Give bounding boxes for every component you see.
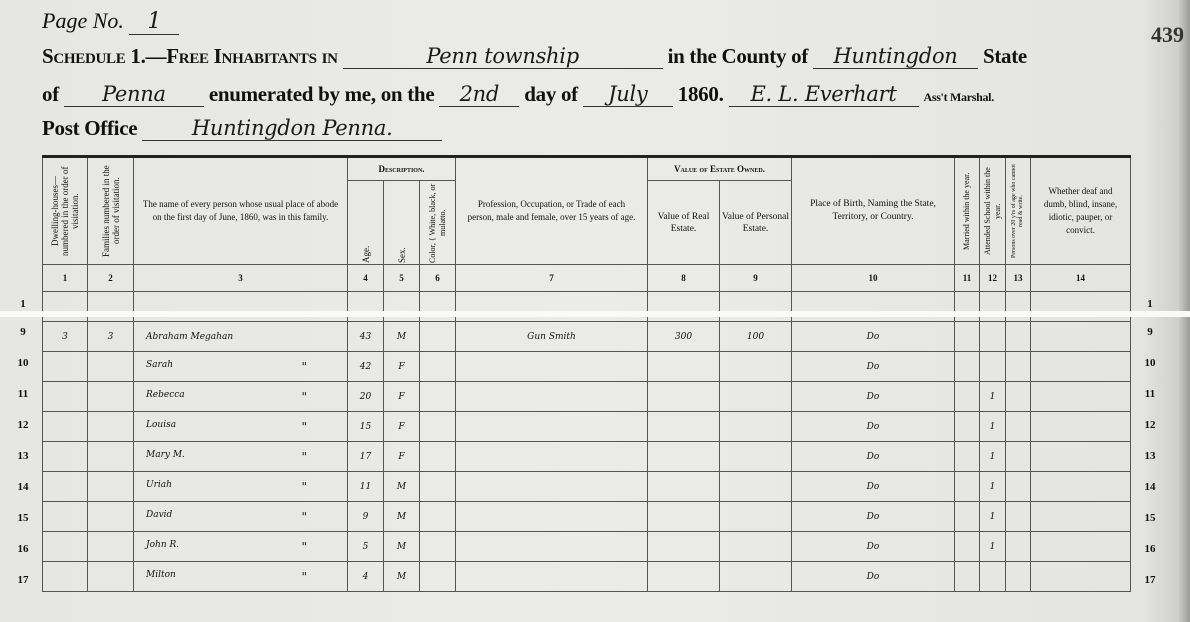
age-cell: 9 [348, 502, 384, 532]
sex-cell: M [384, 562, 420, 592]
name-cell: Mary M." [134, 442, 348, 472]
census-page: Page No. 1 439 Schedule 1.—Free Inhabita… [0, 0, 1190, 622]
col2-header: Families numbered in the order of visita… [88, 157, 134, 265]
line-number-left: 17 [8, 574, 38, 586]
county-field: Huntingdon [813, 44, 978, 69]
name-cell: Rebecca" [134, 382, 348, 412]
real-estate-cell [648, 472, 720, 502]
real-estate-cell [648, 352, 720, 382]
sex-cell: F [384, 442, 420, 472]
enumerated-label: enumerated by me, on the [209, 82, 435, 106]
line-number-right: 14 [1135, 481, 1165, 493]
schedule-title-line: Schedule 1.—Free Inhabitants in Penn tow… [42, 44, 1027, 69]
dwelling-cell [43, 412, 88, 442]
schedule-label: Schedule 1.—Free Inhabitants in [42, 44, 338, 68]
married-cell [955, 472, 980, 502]
col5-header: Sex. [384, 181, 420, 265]
age-cell: 11 [348, 472, 384, 502]
sex-cell: F [384, 412, 420, 442]
color-cell [420, 562, 456, 592]
personal-estate-cell [720, 502, 792, 532]
condition-cell [1031, 562, 1131, 592]
line-number-right: 11 [1135, 388, 1165, 400]
color-cell [420, 352, 456, 382]
table-row: David"9MDo1 [43, 502, 1131, 532]
real-estate-cell [648, 562, 720, 592]
illiterate-cell [1006, 472, 1031, 502]
line-number-right: 13 [1135, 450, 1165, 462]
personal-estate-cell [720, 442, 792, 472]
illiterate-cell [1006, 412, 1031, 442]
ditto-mark: " [301, 390, 307, 404]
dwelling-cell [43, 532, 88, 562]
col7-header: Profession, Occupation, or Trade of each… [456, 157, 648, 265]
age-cell: 15 [348, 412, 384, 442]
color-cell [420, 382, 456, 412]
school-cell [980, 352, 1006, 382]
line-number-right: 1 [1135, 298, 1165, 310]
table-row: 33Abraham Megahan43MGun Smith300100Do [43, 322, 1131, 352]
ditto-mark: " [301, 570, 307, 584]
age-cell: 42 [348, 352, 384, 382]
name-cell: Abraham Megahan [134, 322, 348, 352]
name-cell: Louisa" [134, 412, 348, 442]
table-row: Rebecca"20FDo1 [43, 382, 1131, 412]
married-cell [955, 352, 980, 382]
ditto-mark: " [301, 540, 307, 554]
sex-cell: M [384, 532, 420, 562]
dwelling-cell [43, 472, 88, 502]
description-group-header: Description. [348, 157, 456, 181]
line-number-left: 12 [8, 419, 38, 431]
sex-cell: F [384, 382, 420, 412]
birthplace-cell: Do [792, 352, 955, 382]
condition-cell [1031, 382, 1131, 412]
name-cell: Milton" [134, 562, 348, 592]
birthplace-cell: Do [792, 412, 955, 442]
condition-cell [1031, 472, 1131, 502]
line-number-left: 16 [8, 543, 38, 555]
line-number-right: 12 [1135, 419, 1165, 431]
occupation-cell [456, 442, 648, 472]
page-number-label: Page No. 1 [42, 8, 179, 35]
partial-row [43, 292, 1131, 322]
illiterate-cell [1006, 532, 1031, 562]
table-row: Sarah"42FDo [43, 352, 1131, 382]
family-cell [88, 352, 134, 382]
col3-header: The name of every person whose usual pla… [134, 157, 348, 265]
condition-cell [1031, 442, 1131, 472]
personal-estate-cell [720, 382, 792, 412]
col4-header: Age. [348, 181, 384, 265]
color-cell [420, 322, 456, 352]
color-cell [420, 412, 456, 442]
occupation-cell [456, 352, 648, 382]
ditto-mark: " [301, 420, 307, 434]
dwelling-cell [43, 382, 88, 412]
occupation-cell [456, 382, 648, 412]
condition-cell [1031, 352, 1131, 382]
school-cell: 1 [980, 472, 1006, 502]
occupation-cell [456, 412, 648, 442]
day-field: 2nd [439, 82, 519, 107]
col1-header: Dwelling-houses—numbered in the order of… [43, 157, 88, 265]
name-cell: David" [134, 502, 348, 532]
personal-estate-cell [720, 562, 792, 592]
sex-cell: M [384, 502, 420, 532]
enumeration-line: of Penna enumerated by me, on the 2nd da… [42, 82, 994, 107]
line-number-left: 15 [8, 512, 38, 524]
age-cell: 17 [348, 442, 384, 472]
township-field: Penn township [343, 44, 663, 69]
personal-estate-cell: 100 [720, 322, 792, 352]
family-cell [88, 382, 134, 412]
post-office-line: Post Office Huntingdon Penna. [42, 116, 442, 141]
birthplace-cell: Do [792, 532, 955, 562]
table-row: Louisa"15FDo1 [43, 412, 1131, 442]
ditto-mark: " [301, 360, 307, 374]
family-cell [88, 562, 134, 592]
dwelling-cell: 3 [43, 322, 88, 352]
post-office-label: Post Office [42, 116, 137, 140]
condition-cell [1031, 502, 1131, 532]
illiterate-cell [1006, 442, 1031, 472]
line-number-left: 9 [8, 326, 38, 338]
personal-estate-cell [720, 532, 792, 562]
line-number-left: 1 [8, 298, 38, 310]
state-field: Penna [64, 82, 204, 107]
marshal-label: Ass't Marshal. [923, 90, 993, 104]
sex-cell: F [384, 352, 420, 382]
col9-header: Value of Personal Estate. [720, 181, 792, 265]
married-cell [955, 412, 980, 442]
occupation-cell [456, 562, 648, 592]
color-cell [420, 502, 456, 532]
birthplace-cell: Do [792, 502, 955, 532]
family-cell: 3 [88, 322, 134, 352]
image-splice-divider [0, 311, 1190, 317]
line-number-right: 9 [1135, 326, 1165, 338]
family-cell [88, 412, 134, 442]
of-label: of [42, 82, 59, 106]
day-of-label: day of [524, 82, 578, 106]
married-cell [955, 532, 980, 562]
color-cell [420, 532, 456, 562]
line-number-left: 10 [8, 357, 38, 369]
table-row: Uriah"11MDo1 [43, 472, 1131, 502]
real-estate-cell [648, 442, 720, 472]
ditto-mark: " [301, 480, 307, 494]
school-cell: 1 [980, 442, 1006, 472]
school-cell [980, 562, 1006, 592]
personal-estate-cell [720, 352, 792, 382]
illiterate-cell [1006, 562, 1031, 592]
personal-estate-cell [720, 472, 792, 502]
occupation-cell [456, 472, 648, 502]
school-cell: 1 [980, 382, 1006, 412]
line-number-left: 14 [8, 481, 38, 493]
color-cell [420, 472, 456, 502]
line-number-right: 10 [1135, 357, 1165, 369]
age-cell: 5 [348, 532, 384, 562]
personal-estate-cell [720, 412, 792, 442]
line-number-left: 13 [8, 450, 38, 462]
line-number-right: 15 [1135, 512, 1165, 524]
col12-header: Attended School within the year. [980, 157, 1006, 265]
married-cell [955, 382, 980, 412]
name-cell: Sarah" [134, 352, 348, 382]
real-estate-cell [648, 412, 720, 442]
table-row: Mary M."17FDo1 [43, 442, 1131, 472]
page-number: 1 [129, 9, 179, 35]
col13-header: Persons over 20 y'rs of age who cannot r… [1006, 157, 1031, 265]
ditto-mark: " [301, 510, 307, 524]
sex-cell: M [384, 322, 420, 352]
family-cell [88, 532, 134, 562]
age-cell: 43 [348, 322, 384, 352]
birthplace-cell: Do [792, 472, 955, 502]
real-estate-cell [648, 382, 720, 412]
table-row: Milton"4MDo [43, 562, 1131, 592]
dwelling-cell [43, 352, 88, 382]
column-number-row: 1 2 3 4 5 6 7 8 9 10 11 12 13 14 [43, 265, 1131, 292]
color-cell [420, 442, 456, 472]
illiterate-cell [1006, 502, 1031, 532]
married-cell [955, 322, 980, 352]
condition-cell [1031, 412, 1131, 442]
dwelling-cell [43, 562, 88, 592]
illiterate-cell [1006, 352, 1031, 382]
family-cell [88, 472, 134, 502]
real-estate-cell: 300 [648, 322, 720, 352]
illiterate-cell [1006, 382, 1031, 412]
col8-header: Value of Real Estate. [648, 181, 720, 265]
estate-group-header: Value of Estate Owned. [648, 157, 792, 181]
occupation-cell: Gun Smith [456, 322, 648, 352]
month-field: July [583, 82, 673, 107]
occupation-cell [456, 532, 648, 562]
dwelling-cell [43, 442, 88, 472]
line-number-left: 11 [8, 388, 38, 400]
state-label: State [983, 44, 1027, 68]
school-cell: 1 [980, 412, 1006, 442]
condition-cell [1031, 322, 1131, 352]
real-estate-cell [648, 502, 720, 532]
illiterate-cell [1006, 322, 1031, 352]
year-label: 1860. [678, 82, 724, 106]
age-cell: 4 [348, 562, 384, 592]
birthplace-cell: Do [792, 382, 955, 412]
col11-header: Married within the year. [955, 157, 980, 265]
table-row: John R."5MDo1 [43, 532, 1131, 562]
col14-header: Whether deaf and dumb, blind, insane, id… [1031, 157, 1131, 265]
line-number-right: 17 [1135, 574, 1165, 586]
ditto-mark: " [301, 450, 307, 464]
marshal-signature: E. L. Everhart [729, 82, 919, 107]
school-cell: 1 [980, 532, 1006, 562]
condition-cell [1031, 532, 1131, 562]
name-cell: Uriah" [134, 472, 348, 502]
occupation-cell [456, 502, 648, 532]
married-cell [955, 442, 980, 472]
post-office-field: Huntingdon Penna. [142, 116, 442, 141]
married-cell [955, 502, 980, 532]
county-label: in the County of [668, 44, 808, 68]
sex-cell: M [384, 472, 420, 502]
birthplace-cell: Do [792, 442, 955, 472]
real-estate-cell [648, 532, 720, 562]
line-number-right: 16 [1135, 543, 1165, 555]
school-cell: 1 [980, 502, 1006, 532]
age-cell: 20 [348, 382, 384, 412]
census-table: Dwelling-houses—numbered in the order of… [42, 155, 1131, 592]
sheet-number: 439 [1151, 22, 1184, 48]
family-cell [88, 442, 134, 472]
col6-header: Color, { White, black, or mulatto. [420, 181, 456, 265]
married-cell [955, 562, 980, 592]
col10-header: Place of Birth, Naming the State, Territ… [792, 157, 955, 265]
dwelling-cell [43, 502, 88, 532]
family-cell [88, 502, 134, 532]
birthplace-cell: Do [792, 322, 955, 352]
name-cell: John R." [134, 532, 348, 562]
birthplace-cell: Do [792, 562, 955, 592]
school-cell [980, 322, 1006, 352]
